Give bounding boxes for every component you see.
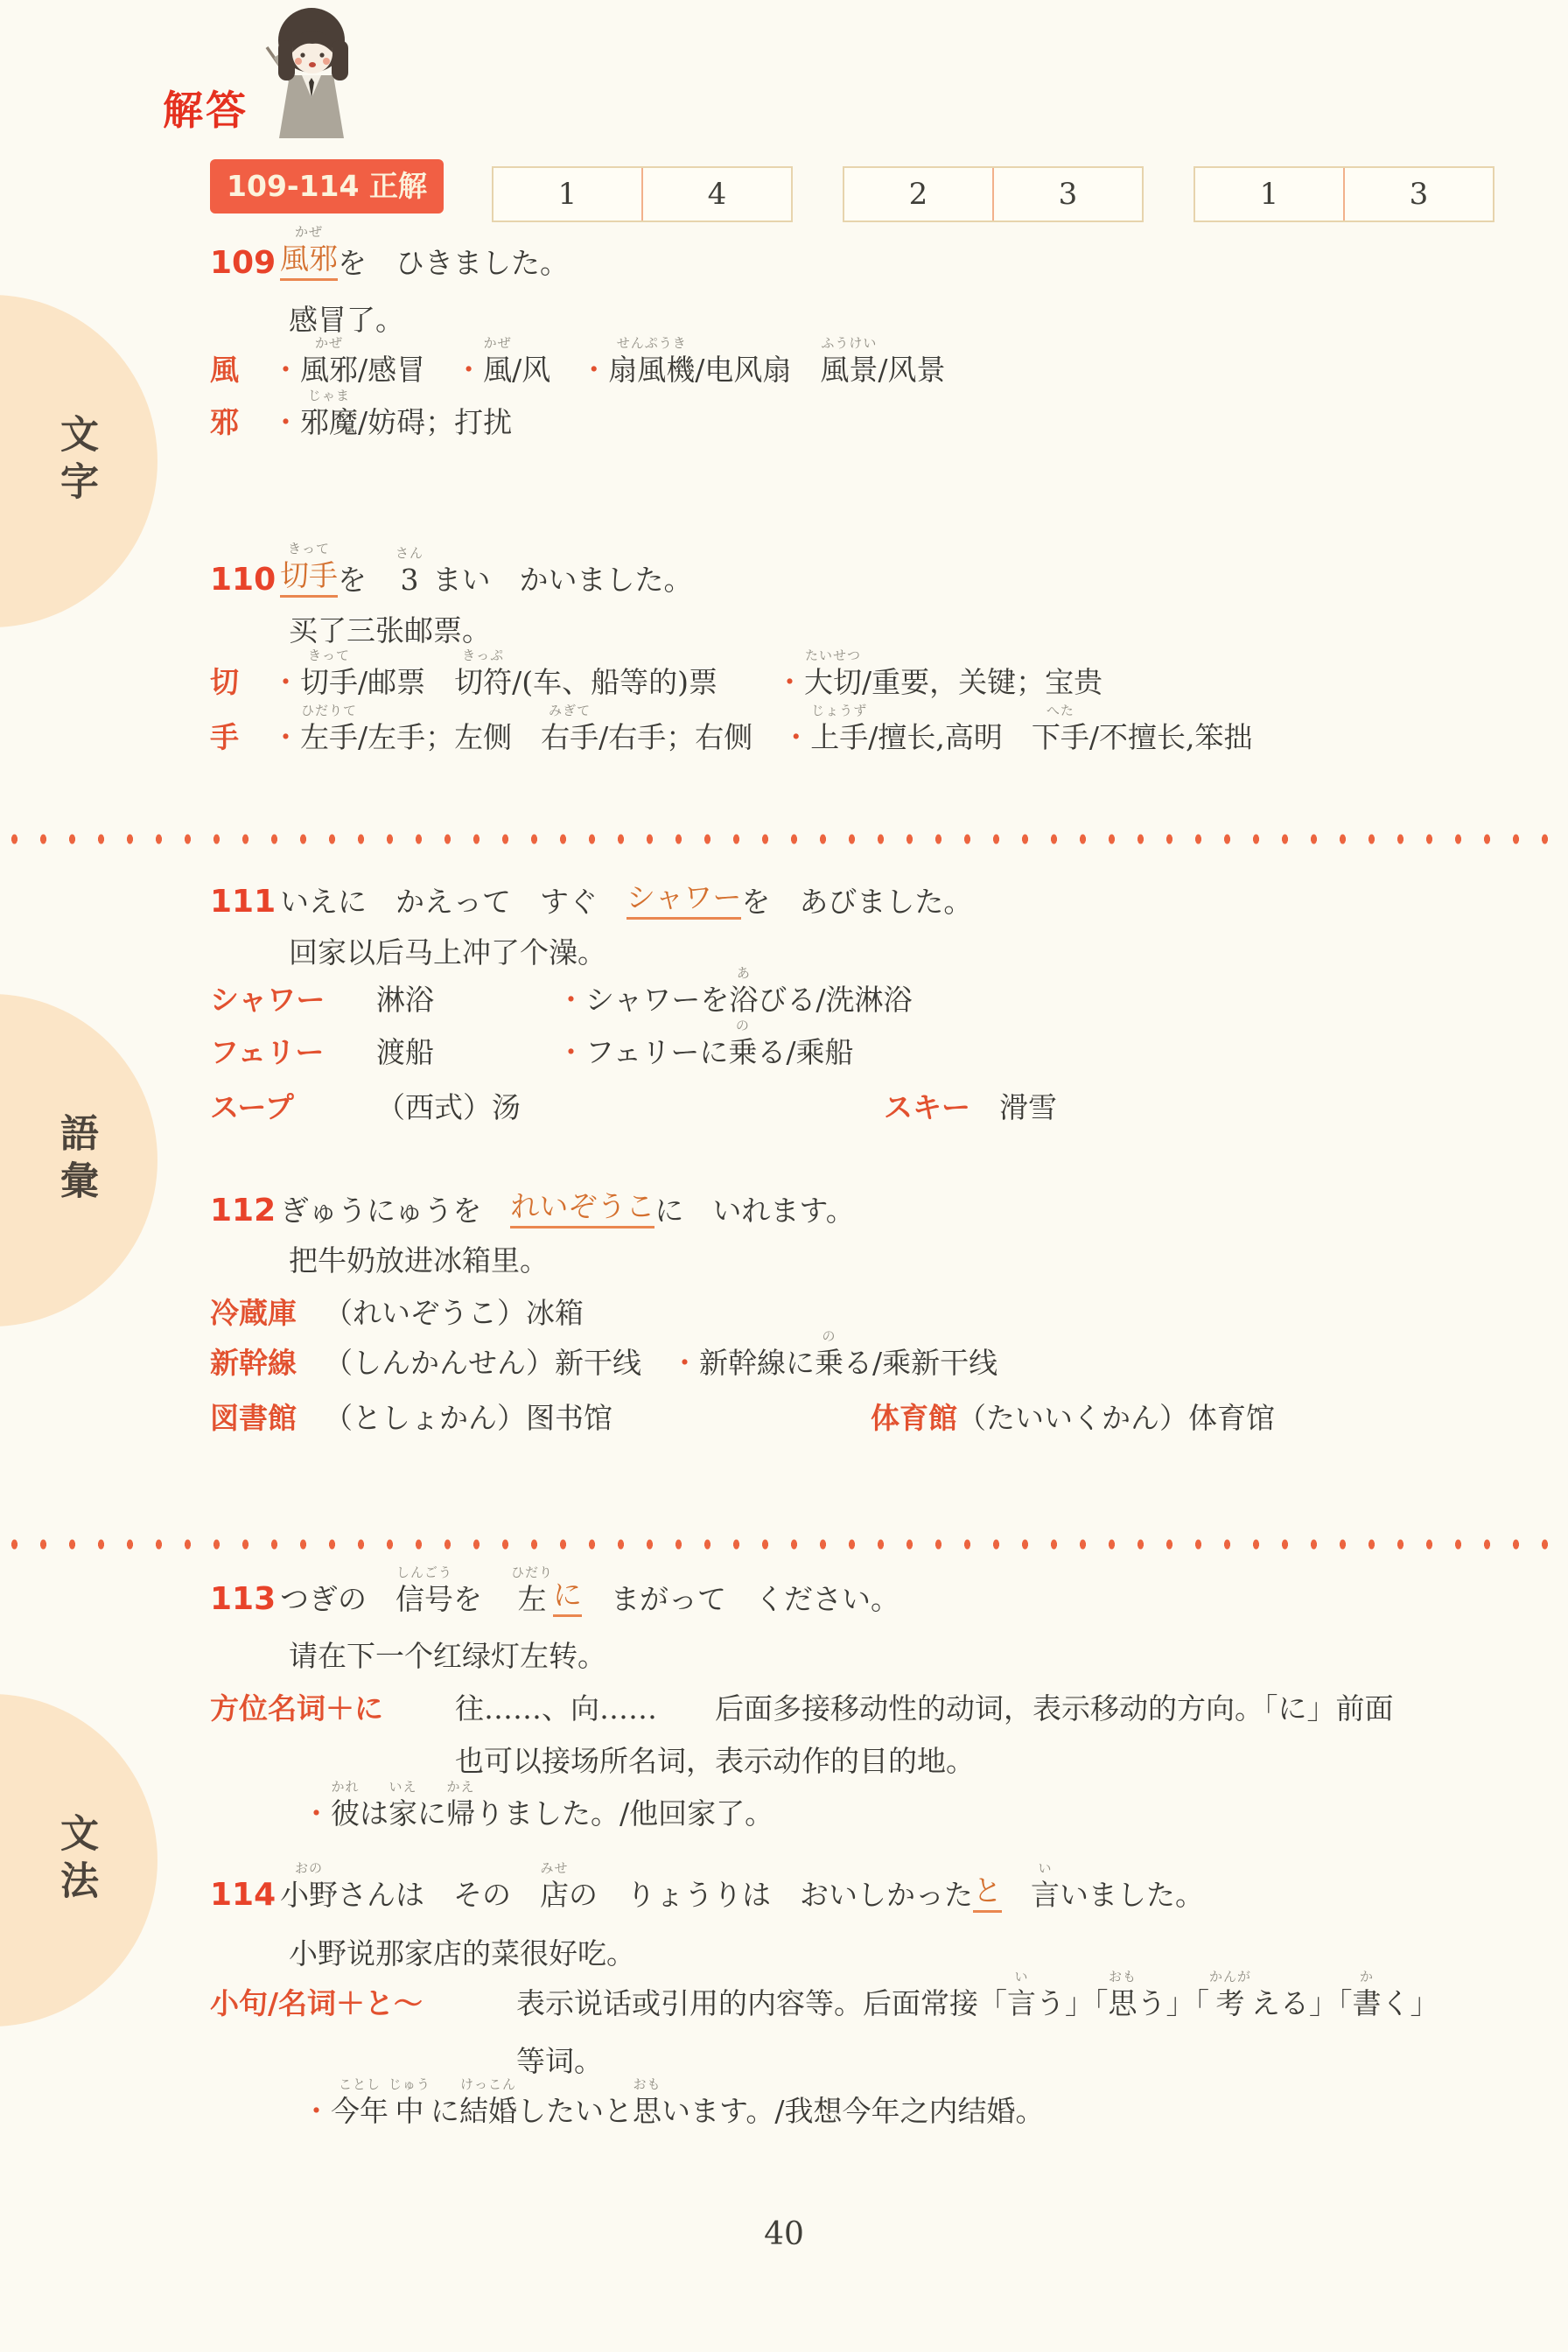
tab-bunpo-label: 文法 <box>47 1813 103 1907</box>
question-112-number: 112 <box>210 1193 280 1228</box>
vocab-112-toshokan: 図書館 （としょかん）图书馆体育館（たいいくかん）体育馆 <box>210 1400 1275 1436</box>
page-title: 解答 <box>163 79 248 136</box>
sidebar-tab-bunpo: 文法 <box>0 1694 157 2026</box>
answer-111: 2 <box>844 168 992 220</box>
vocab-112-shinkansen: 新幹線 （しんかんせん）新干线 ・新幹線にの乗る/乘新干线 <box>210 1328 997 1381</box>
example-113: ・かれ彼はいえ家にかえ帰りました。/他回家了。 <box>302 1779 773 1831</box>
question-111: 111 いえに かえって すぐ シャワーを あびました。 <box>210 879 972 920</box>
question-114: 114 おの小野さんは その みせ店の りょうりは おいしかったと い言いました… <box>210 1860 1204 1913</box>
dotted-divider-1 <box>0 831 1568 847</box>
question-110: 110 きって切手を さん3 まい かいました。 <box>210 541 693 598</box>
answer-stamp-group-1: 1 4 <box>492 166 793 222</box>
grammar-114-continued: 等词。 <box>516 2043 603 2079</box>
tab-goi-label: 語彙 <box>47 1113 103 1207</box>
vocab-112-reizoko: 冷蔵庫 （れいぞうこ）冰箱 <box>210 1295 584 1331</box>
answer-114: 3 <box>1343 168 1493 220</box>
example-114: ・ことし今年じゅう中にけっこん結婚したいとおも思います。/我想今年之内结婚。 <box>302 2076 1045 2129</box>
answer-stamp-group-2: 2 3 <box>843 166 1144 222</box>
translation-109: 感冒了。 <box>289 302 404 338</box>
sidebar-tab-moji: 文字 <box>0 295 157 627</box>
question-113: 113 つぎの しんごう信号を ひだり左に まがって ください。 <box>210 1564 899 1617</box>
question-111-number: 111 <box>210 884 280 920</box>
translation-112: 把牛奶放进冰箱里。 <box>289 1242 549 1278</box>
teacher-girl-illustration <box>256 5 370 141</box>
answer-110: 4 <box>641 168 791 220</box>
answer-112: 3 <box>992 168 1142 220</box>
question-114-number: 114 <box>210 1877 280 1913</box>
grammar-114: 小句/名词＋と～ 表示说话或引用的内容等。后面常接「い言う」「おも思う」「かんが… <box>210 1969 1439 2021</box>
translation-113: 请在下一个红绿灯左转。 <box>289 1638 606 1674</box>
vocab-111-soup-ski: スープ （西式）汤スキー 滑雪 <box>210 1089 1057 1125</box>
question-109-number: 109 <box>210 245 280 281</box>
answer-range-label: 109-114 正解 <box>210 159 444 213</box>
translation-110: 买了三张邮票。 <box>289 612 491 648</box>
vocab-109-kaze: 風 ・かぜ風邪/感冒 ・かぜ風/风 ・せんぷうき扇風機/电风扇 ふうけい風景/风… <box>210 335 946 388</box>
dotted-divider-2 <box>0 1536 1568 1552</box>
vocab-110-te: 手 ・ひだりて左手/左手；左侧 みぎて右手/右手；右侧 ・じょうず上手/擅长,高… <box>210 703 1252 755</box>
answer-113: 1 <box>1195 168 1343 220</box>
question-110-number: 110 <box>210 562 280 598</box>
answer-stamp-group-3: 1 3 <box>1193 166 1494 222</box>
grammar-113-continued: 也可以接场所名词，表示动作的目的地。 <box>455 1743 975 1779</box>
question-112: 112 ぎゅうにゅうを れいぞうこに いれます。 <box>210 1188 855 1228</box>
vocab-109-ja: 邪 ・じゃま邪魔/妨碍；打扰 <box>210 388 512 440</box>
vocab-110-kiru: 切 ・きって切手/邮票 きっぷ切符/(车、船等的)票 ・たいせつ大切/重要，关键… <box>210 647 1102 700</box>
answer-key-page: 文字 語彙 文法 解答 109-114 正解 1 4 2 3 1 3 <box>0 0 1568 2352</box>
grammar-113: 方位名词＋に 往……、向…… 后面多接移动性的动词，表示移动的方向。「に」前面 <box>210 1690 1394 1726</box>
vocab-111-ferry: フェリー 渡船・フェリーにの乗る/乘船 <box>210 1018 853 1070</box>
question-109: 109 かぜ風邪を ひきました。 <box>210 224 569 281</box>
question-113-number: 113 <box>210 1581 280 1617</box>
answer-109: 1 <box>493 168 641 220</box>
vocab-111-shower: シャワー 淋浴・シャワーをあ浴びる/洗淋浴 <box>210 965 912 1018</box>
sidebar-tab-goi: 語彙 <box>0 994 157 1326</box>
tab-moji-label: 文字 <box>47 414 103 508</box>
page-number: 40 <box>0 2216 1568 2252</box>
translation-114: 小野说那家店的菜很好吃。 <box>289 1935 635 1971</box>
